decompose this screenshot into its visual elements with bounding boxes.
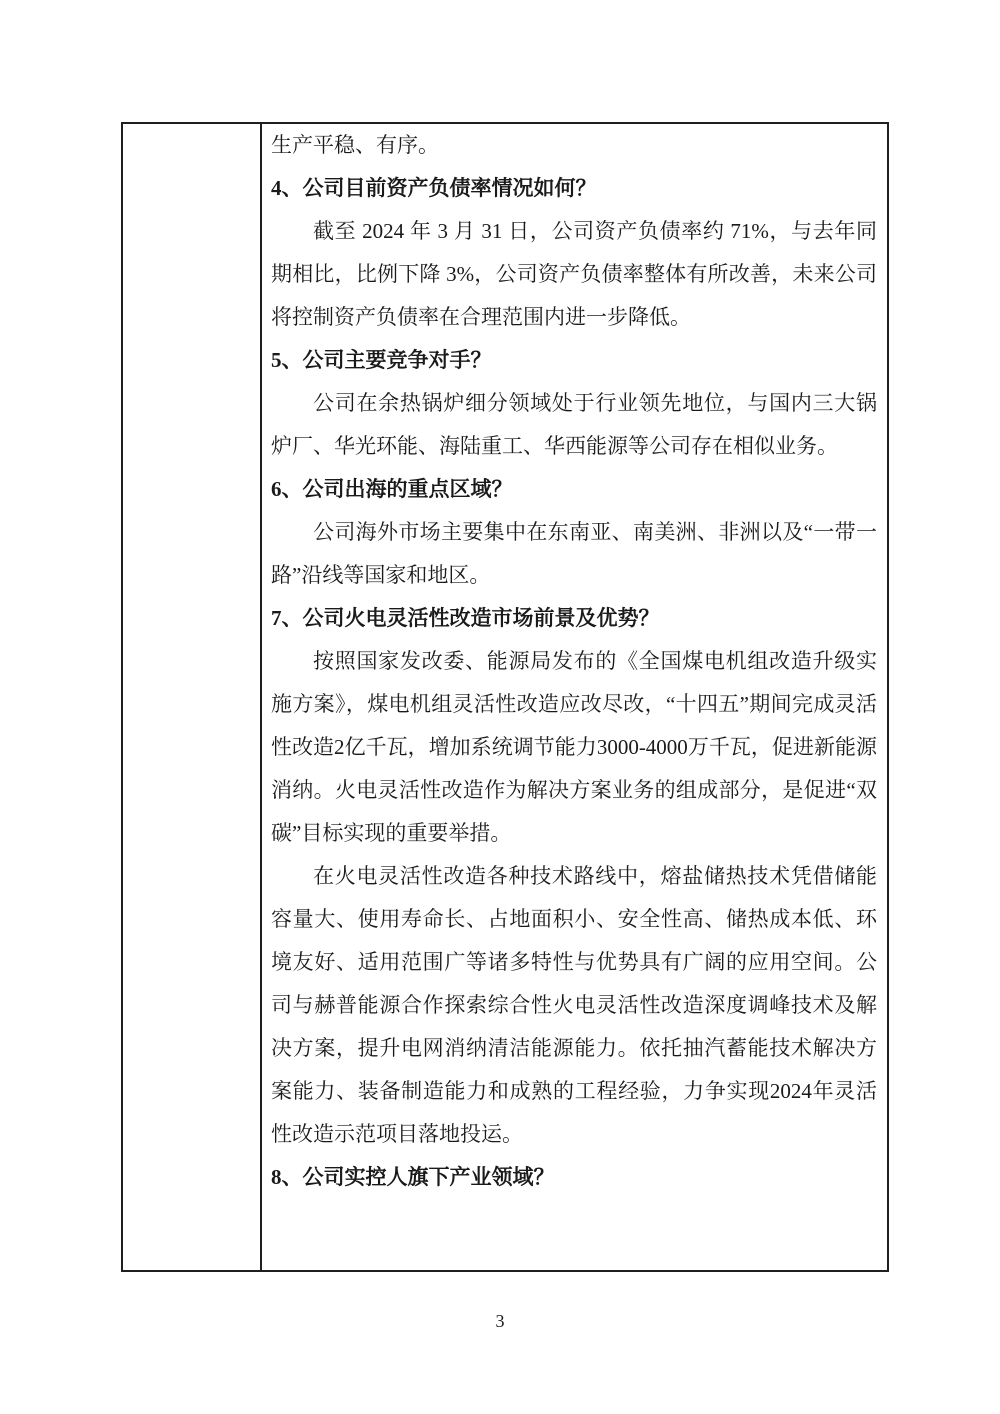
- question-7: 7、公司火电灵活性改造市场前景及优势？: [271, 597, 877, 640]
- answer-7-paragraph-1: 按照国家发改委、能源局发布的《全国煤电机组改造升级实施方案》，煤电机组灵活性改造…: [271, 640, 877, 855]
- page-number: 3: [0, 1308, 1000, 1334]
- table-left-column: [123, 124, 262, 1270]
- question-8: 8、公司实控人旗下产业领域？: [271, 1156, 877, 1199]
- question-6: 6、公司出海的重点区域？: [271, 468, 877, 511]
- document-page: 生产平稳、有序。 4、公司目前资产负债率情况如何？ 截至 2024 年 3 月 …: [0, 0, 1000, 1414]
- answer-7-paragraph-2: 在火电灵活性改造各种技术路线中，熔盐储热技术凭借储能容量大、使用寿命长、占地面积…: [271, 855, 877, 1156]
- answer-5: 公司在余热锅炉细分领域处于行业领先地位，与国内三大锅炉厂、华光环能、海陆重工、华…: [271, 382, 877, 468]
- table-right-column: 生产平稳、有序。 4、公司目前资产负债率情况如何？ 截至 2024 年 3 月 …: [262, 124, 887, 1270]
- paragraph-continuation: 生产平稳、有序。: [271, 124, 877, 167]
- answer-6: 公司海外市场主要集中在东南亚、南美洲、非洲以及“一带一路”沿线等国家和地区。: [271, 511, 877, 597]
- question-4: 4、公司目前资产负债率情况如何？: [271, 167, 877, 210]
- qa-table: 生产平稳、有序。 4、公司目前资产负债率情况如何？ 截至 2024 年 3 月 …: [121, 122, 889, 1272]
- answer-4: 截至 2024 年 3 月 31 日，公司资产负债率约 71%，与去年同期相比，…: [271, 210, 877, 339]
- question-5: 5、公司主要竞争对手？: [271, 339, 877, 382]
